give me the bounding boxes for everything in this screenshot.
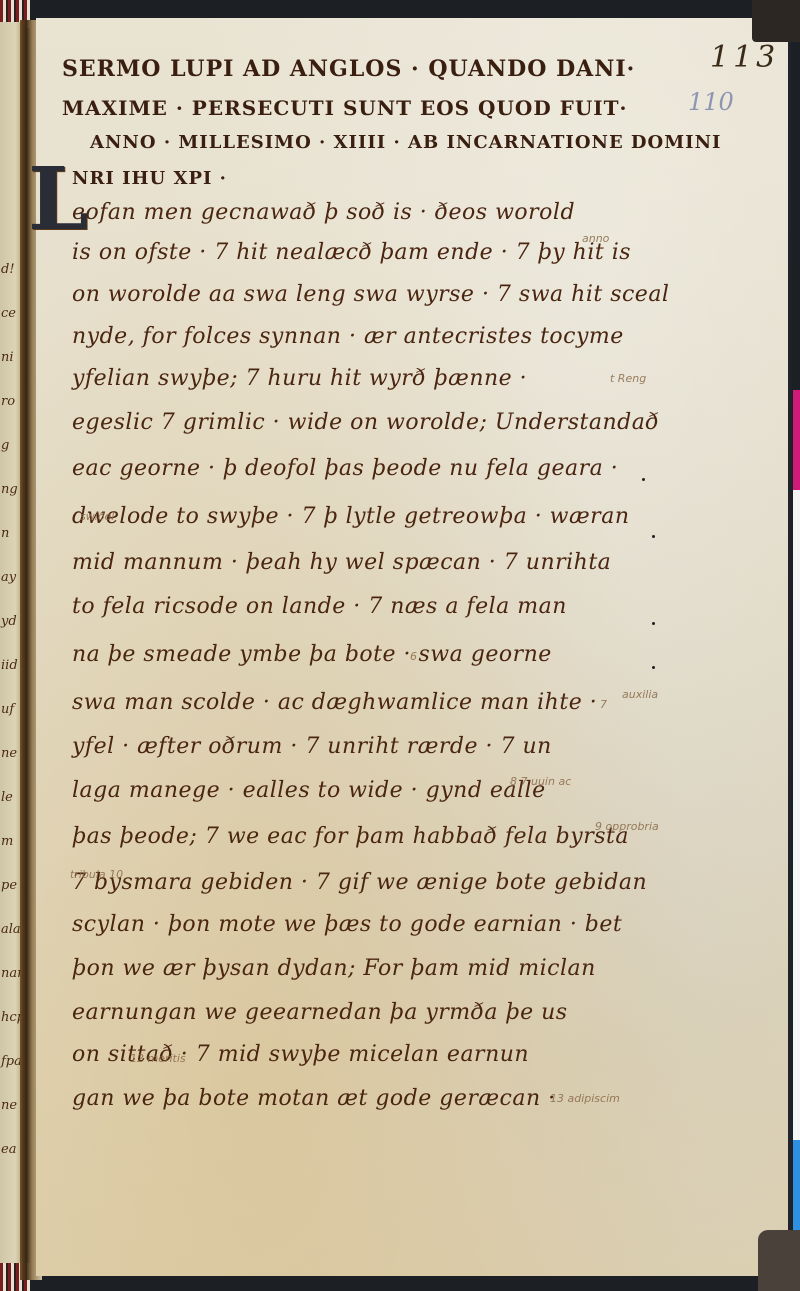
text-line: on worolde aa swa leng swa wyrse · 7 swa… <box>72 282 669 307</box>
text-line: to fela ricsode on lande · 7 næs a fela … <box>72 594 567 619</box>
rubric-heading-line-1: SERMO LUPI AD ANGLOS · QUANDO DANI· <box>62 56 635 82</box>
text-line: nyde, for folces synnan · ær antecristes… <box>72 324 624 349</box>
text-line: swa man scolde · ac dæghwamlice man ihte… <box>72 690 597 715</box>
decorated-initial: L <box>28 160 68 240</box>
pricking-mark <box>652 622 655 625</box>
facing-page-text-fragment: nan <box>1 966 22 981</box>
color-tab-magenta <box>793 390 800 490</box>
rubric-heading-tail: NRI IHU XPI · <box>72 168 227 189</box>
marginal-gloss: t Reng <box>610 372 646 385</box>
facing-page-text-fragment: hcp <box>1 1010 22 1025</box>
facing-page-text-fragment: ea <box>1 1142 16 1157</box>
marginal-gloss: anno <box>582 232 609 245</box>
marginal-gloss: swiðel <box>80 510 114 523</box>
folio-number-pencil: 110 <box>688 88 734 116</box>
facing-page-text-fragment: le <box>1 790 13 805</box>
clasp-corner-top <box>752 0 800 42</box>
text-line: scylan · þon mote we þæs to gode earnian… <box>72 912 622 937</box>
pricking-mark <box>652 666 655 669</box>
facing-page-text-fragment: uf <box>1 702 14 717</box>
text-line: is on ofste · 7 hit nealæcð þam ende · 7… <box>72 240 631 265</box>
folio-number-ink: 113 <box>710 40 779 75</box>
text-line: dwelode to swyþe · 7 þ lytle getreowþa ·… <box>72 504 630 529</box>
facing-page-text-fragment: ce <box>1 306 16 321</box>
text-line: mid mannum · þeah hy wel spæcan · 7 unri… <box>72 550 611 575</box>
facing-page-text-fragment: g <box>1 438 9 453</box>
facing-page-text-fragment: m <box>1 834 13 849</box>
text-line: eofan men gecnawað þ soð is · ðeos worol… <box>72 200 575 225</box>
facing-page-edge: d!cenirogngnayydiidufnelempealananhcpfpa… <box>0 22 22 1277</box>
pricking-mark <box>642 478 645 481</box>
rubric-heading-line-2: MAXIME · PERSECUTI SUNT EOS QUOD FUIT· <box>62 96 627 120</box>
text-line: laga manege · ealles to wide · gynd eall… <box>72 778 546 803</box>
marginal-gloss: 9 opprobria <box>595 820 659 833</box>
facing-page-text-fragment: ay <box>1 570 16 585</box>
marginal-gloss: 12 meritis <box>130 1052 186 1065</box>
text-line: egeslic 7 grimlic · wide on worolde; Und… <box>72 410 659 435</box>
text-line: eac georne · þ deofol þas þeode nu fela … <box>72 456 618 481</box>
facing-page-text-fragment: ne <box>1 746 17 761</box>
rubric-heading-line-3: ANNO · MILLESIMO · XIIII · AB INCARNATIO… <box>90 132 721 153</box>
marginal-gloss: tribula 10 <box>70 868 123 881</box>
pricking-mark <box>652 535 655 538</box>
color-tab-white <box>793 490 800 1150</box>
marginal-gloss: 7 <box>600 698 607 711</box>
facing-page-text-fragment: ne <box>1 1098 17 1113</box>
text-line: yfel · æfter oðrum · 7 unriht rærde · 7 … <box>72 734 552 759</box>
marginal-gloss: 8 7 uuin ac <box>510 775 571 788</box>
color-tab-blue <box>793 1140 800 1230</box>
clasp-corner-bottom <box>758 1230 800 1291</box>
facing-page-text-fragment: n <box>1 526 9 541</box>
marginal-gloss: 13 adipiscim <box>550 1092 620 1105</box>
marginal-gloss: auxilia <box>622 688 658 701</box>
text-line: þas þeode; 7 we eac for þam habbað fela … <box>72 824 629 849</box>
facing-page-text-fragment: iid <box>1 658 18 673</box>
text-line: earnungan we geearnedan þa yrmða þe us <box>72 1000 568 1025</box>
facing-page-text-fragment: ro <box>1 394 15 409</box>
text-line: 7 bysmara gebiden · 7 gif we ænige bote … <box>72 870 647 895</box>
text-line: gan we þa bote motan æt gode geræcan · <box>72 1086 556 1111</box>
facing-page-text-fragment: pe <box>1 878 17 893</box>
facing-page-text-fragment: ala <box>1 922 21 937</box>
text-line: na þe smeade ymbe þa bote · swa georne <box>72 642 552 667</box>
facing-page-text-fragment: d! <box>1 262 15 277</box>
text-line: yfelian swyþe; 7 huru hit wyrð þænne · <box>72 366 527 391</box>
facing-page-text-fragment: fpa <box>1 1054 22 1069</box>
facing-page-text-fragment: yd <box>1 614 17 629</box>
text-line: þon we ær þysan dydan; For þam mid micla… <box>72 956 596 981</box>
facing-page-text-fragment: ng <box>1 482 18 497</box>
facing-page-text-fragment: ni <box>1 350 14 365</box>
marginal-gloss: 6 <box>410 650 417 663</box>
